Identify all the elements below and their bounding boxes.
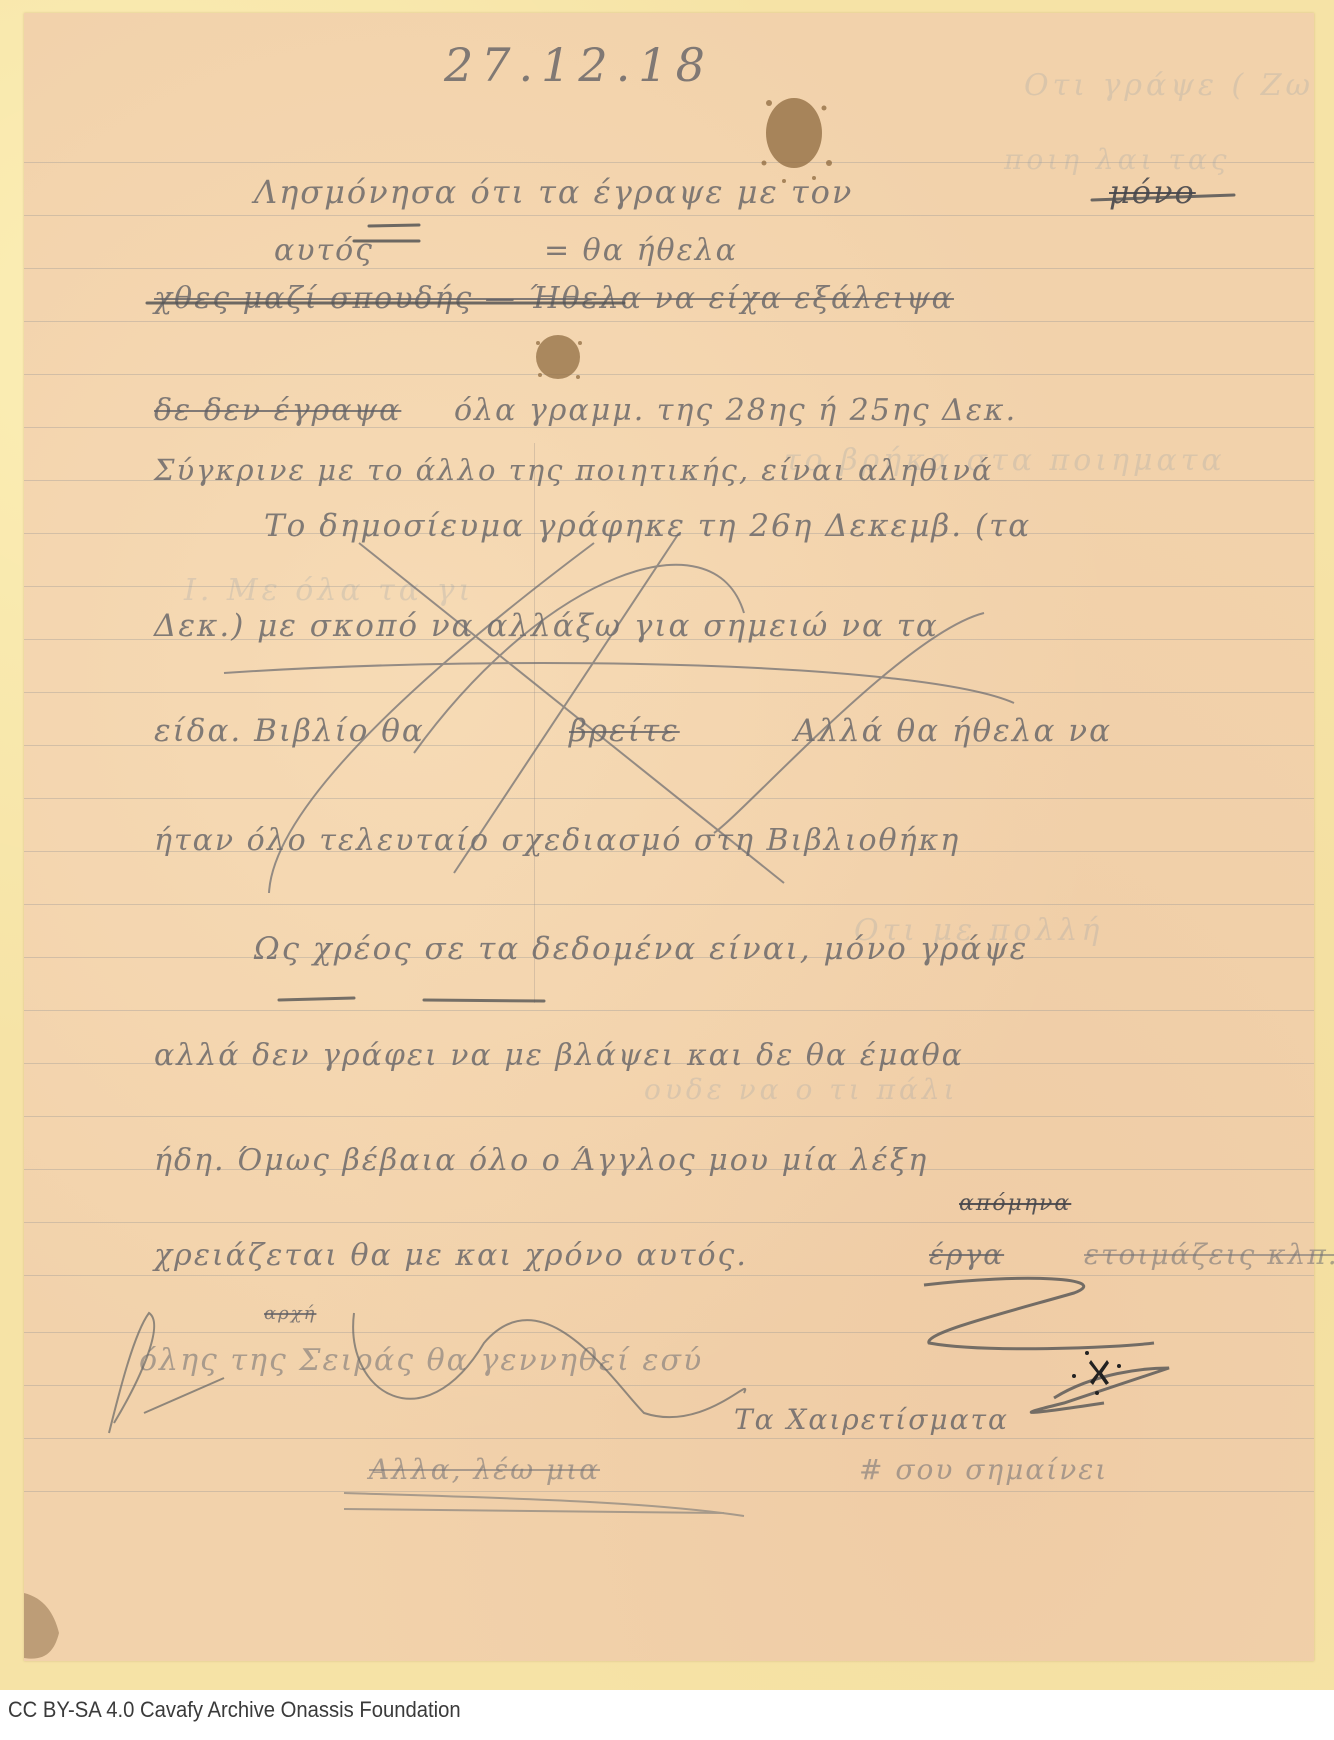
manuscript-line: Το δημοσίευμα γράφηκε τη 26η Δεκεμβ. (τα	[264, 508, 1031, 544]
manuscript-date: 27.12.18	[444, 38, 713, 92]
manuscript-line: Λησμόνησα ότι τα έγραψε με τον	[254, 173, 853, 211]
manuscript-line: Ως χρέος σε τα δεδομένα είναι, μόνο γράψ…	[254, 931, 1028, 967]
ruled-line	[24, 1491, 1314, 1492]
ruled-line	[24, 268, 1314, 269]
manuscript-line: αλλά δεν γράφει να με βλάψει και δε θα έ…	[154, 1038, 964, 1073]
manuscript-line: Σύγκρινε με το άλλο της ποιητικής, είναι…	[154, 453, 993, 487]
manuscript-line: # σου σημαίνει	[859, 1453, 1108, 1486]
manuscript-line: Δεκ.) με σκοπό να αλλάξω για σημειώ να τ…	[154, 608, 939, 644]
ruled-line	[24, 798, 1314, 799]
manuscript-line: είδα. Βιβλίο θα	[154, 713, 425, 749]
ruled-line	[24, 215, 1314, 216]
manuscript-line: χρειάζεται θα με και χρόνο αυτός.	[154, 1238, 748, 1273]
stain-mark	[24, 1593, 59, 1659]
stain-mark	[536, 335, 582, 379]
manuscript-line: ήταν όλο τελευταίο σχεδιασμό στη Βιβλιοθ…	[154, 823, 960, 858]
underline-mark	[279, 998, 544, 1001]
closing-salutation: Τα Χαιρετίσματα	[734, 1403, 1009, 1436]
bleed-through-text: ουδε να ο τι πάλι	[644, 1073, 959, 1106]
ruled-line	[24, 1116, 1314, 1117]
strike-line	[344, 1493, 744, 1516]
ruled-line	[24, 904, 1314, 905]
manuscript-line: όλης της Σειράς θα γεννηθεί εσύ	[139, 1343, 703, 1378]
struck-line: χθες μαζί σπουδής — Ήθελα να είχα εξάλει…	[154, 281, 954, 316]
manuscript-line: όλα γραμμ. της 28ης ή 25ης Δεκ.	[454, 393, 1017, 428]
manuscript-line: ετοιμάζεις κλπ.	[1084, 1238, 1334, 1271]
ruled-line	[24, 1438, 1314, 1439]
struck-word: μόνο	[1109, 173, 1196, 211]
bleed-through-text: Ι. Με όλα τα γι	[184, 573, 474, 608]
manuscript-page: Οτι γράψε ( Ζω ποιη λαι τας το βρήκα στα…	[24, 13, 1314, 1661]
ruled-line	[24, 374, 1314, 375]
bleed-through-text: Οτι γράψε ( Ζω	[1024, 68, 1314, 103]
struck-word: βρείτε	[569, 713, 680, 749]
ruled-line	[24, 321, 1314, 322]
ruled-line	[24, 1385, 1314, 1386]
bleed-through-text: ποιη λαι τας	[1004, 143, 1231, 176]
manuscript-line: αυτός	[274, 233, 374, 268]
struck-word: έργα	[929, 1238, 1004, 1271]
struck-phrase: δε δεν έγραψα	[154, 393, 401, 428]
ruled-line	[24, 1332, 1314, 1333]
license-caption: CC BY-SA 4.0 Cavafy Archive Onassis Foun…	[8, 1697, 461, 1723]
scan-background: Οτι γράψε ( Ζω ποιη λαι τας το βρήκα στα…	[0, 0, 1334, 1690]
scribble-mark	[924, 1278, 1169, 1412]
struck-word: αρχή	[264, 1303, 316, 1324]
struck-word: απόμηνα	[959, 1191, 1071, 1216]
ruled-line	[24, 1010, 1314, 1011]
manuscript-line: = θα ήθελα	[544, 233, 738, 268]
ruled-line	[24, 1275, 1314, 1276]
ruled-line	[24, 1222, 1314, 1223]
manuscript-line: ήδη. Όμως βέβαια όλο ο Άγγλος μου μία λέ…	[154, 1143, 928, 1178]
ruled-line	[24, 692, 1314, 693]
manuscript-line: Αλλά θα ήθελα να	[794, 713, 1112, 749]
stain-mark	[762, 98, 833, 183]
x-mark-icon	[1072, 1351, 1121, 1395]
struck-phrase: Αλλα, λέω μια	[369, 1453, 600, 1486]
